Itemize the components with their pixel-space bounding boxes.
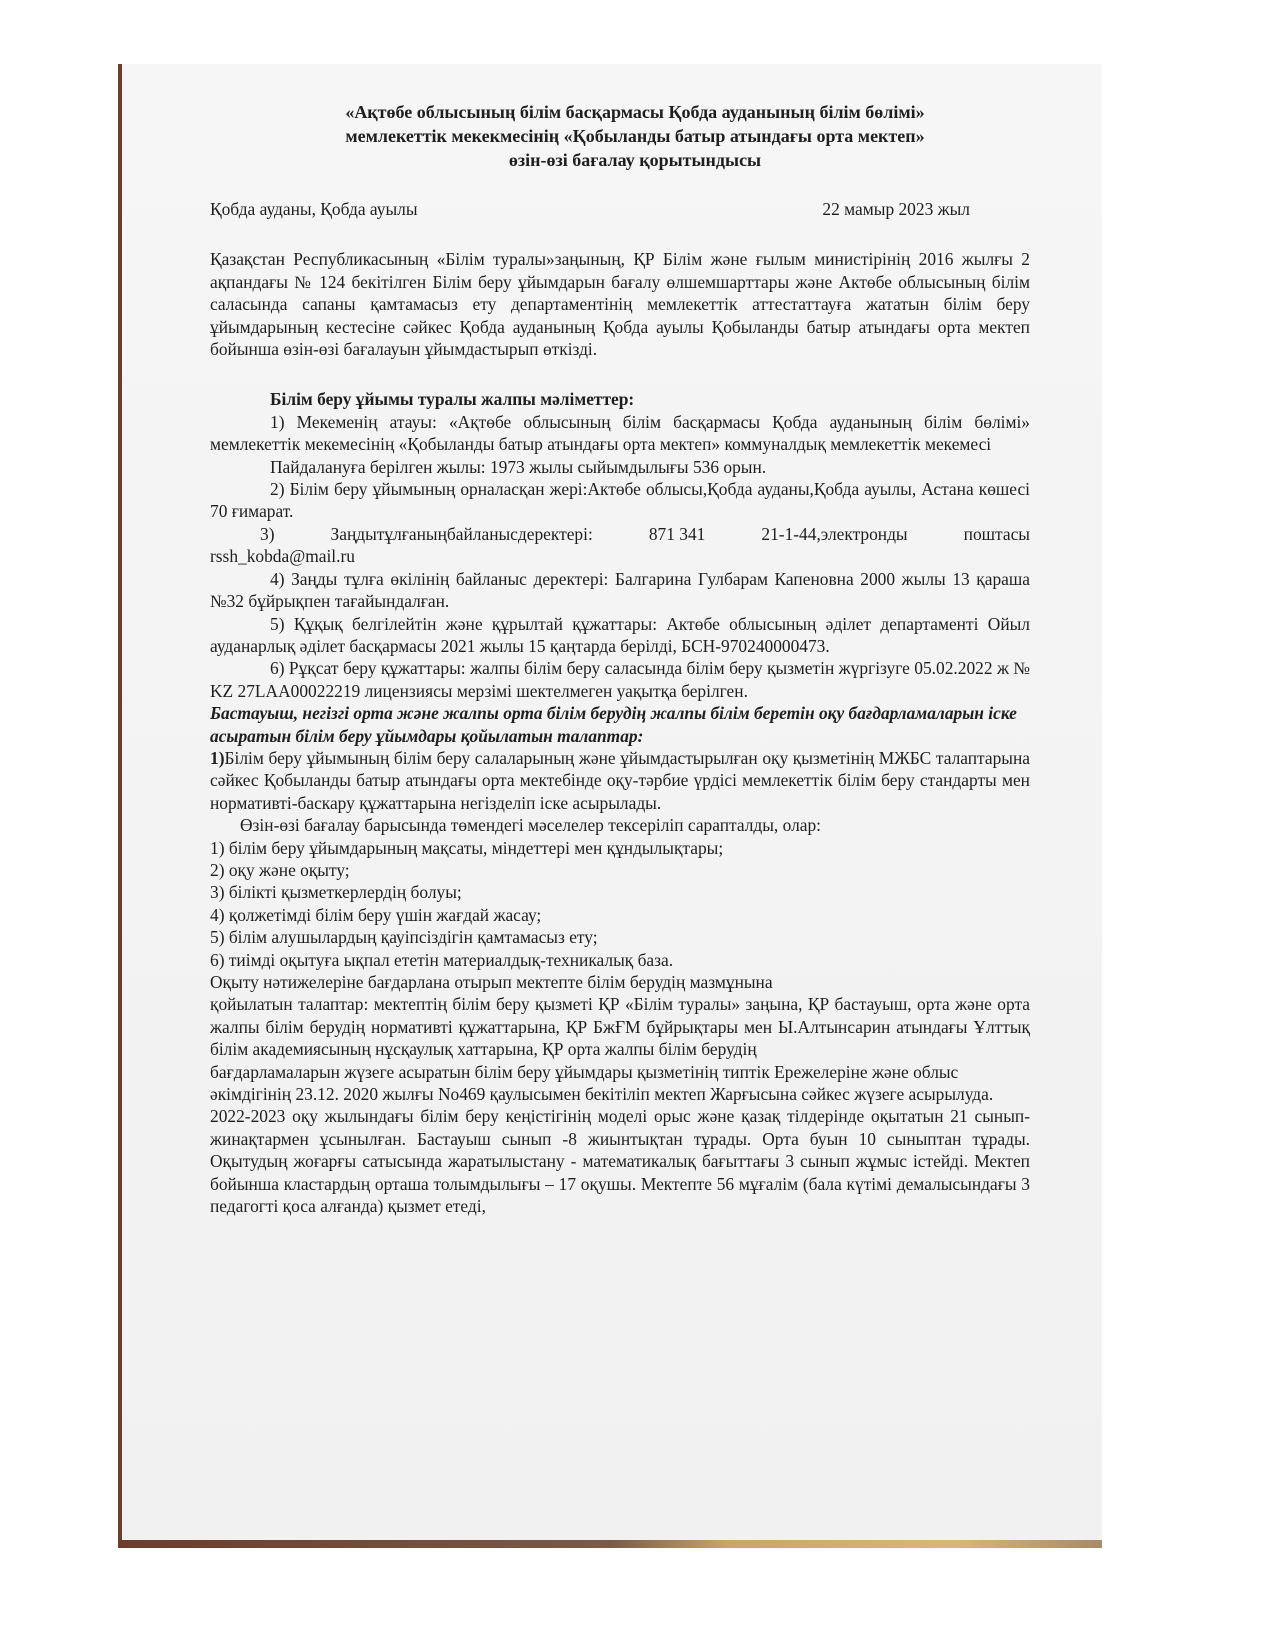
req-p1-number: 1) (210, 748, 225, 768)
date: 22 мамыр 2023 жыл (822, 198, 970, 220)
general-info-heading: Білім беру ұйымы туралы жалпы мәліметтер… (210, 388, 1030, 410)
info-item-3: 3) Заңдытұлғаныңбайланысдеректері: 871 3… (210, 523, 1030, 545)
review-item: 6) тиімді оқытуға ықпал ететін материалд… (210, 949, 1030, 971)
requirements-heading: Бастауыш, негізгі орта және жалпы орта б… (210, 702, 1030, 747)
review-item: 1) білім беру ұйымдарының мақсаты, мінде… (210, 837, 1030, 859)
req-p1-text: Білім беру ұйымының білім беру салаларын… (210, 748, 1030, 813)
title-line-3: өзін-өзі бағалау қорытындысы (210, 148, 1030, 172)
title-line-1: «Ақтөбе облысының білім басқармасы Қобда… (210, 100, 1030, 124)
title-line-2: мемлекеттік мекекмесінің «Қобыланды баты… (210, 124, 1030, 148)
item3-mail-label: поштасы (964, 523, 1030, 545)
requirements-paragraph-1: 1)Білім беру ұйымының білім беру салалар… (210, 747, 1030, 814)
scan-bottom-edge (118, 1540, 1102, 1548)
info-item-1: 1) Мекеменің атауы: «Ақтөбе облысының бі… (210, 411, 1030, 456)
place-date-row: Қобда ауданы, Қобда ауылы 22 мамыр 2023 … (210, 198, 1030, 220)
content-paragraph-2: бағдарламаларын жүзеге асыратын білім бе… (210, 1061, 1030, 1106)
school-email: rssh_kobda@mail.ru (210, 545, 1030, 567)
document-title: «Ақтөбе облысының білім басқармасы Қобда… (210, 100, 1030, 172)
document-body: «Ақтөбе облысының білім басқармасы Қобда… (210, 100, 1030, 1217)
content-line-1: Оқыту нәтижелеріне бағдарлана отырып мек… (210, 971, 1030, 993)
content-paragraph: қойылатын талаптар: мектептің білім беру… (210, 993, 1030, 1060)
review-item: 5) білім алушылардың қауіпсіздігін қамта… (210, 926, 1030, 948)
model-paragraph: 2022-2023 оқу жылындағы білім беру кеңіс… (210, 1105, 1030, 1217)
info-item-2: 2) Білім беру ұйымының орналасқан жері:А… (210, 478, 1030, 523)
review-intro: Өзін-өзі бағалау барысында төмендегі мәс… (210, 814, 1030, 836)
year-built: Пайдалануға берілген жылы: 1973 жылы сый… (210, 456, 1030, 478)
info-item-6: 6) Рұқсат беру құжаттары: жалпы білім бе… (210, 657, 1030, 702)
info-item-4: 4) Заңды тұлға өкілінің байланыс деректе… (210, 568, 1030, 613)
item3-label: Заңдытұлғаныңбайланысдеректері: (331, 523, 593, 545)
intro-paragraph: Қазақстан Республикасының «Білім туралы»… (210, 248, 1030, 360)
item3-phone: 21-1-44,электронды (761, 523, 907, 545)
item3-phone-code: 871 341 (649, 523, 706, 545)
info-item-5: 5) Құқық белгілейтін және құрылтай құжат… (210, 613, 1030, 658)
review-item: 4) қолжетімді білім беру үшін жағдай жас… (210, 904, 1030, 926)
review-list: 1) білім беру ұйымдарының мақсаты, мінде… (210, 837, 1030, 971)
review-item: 3) білікті қызметкерлердің болуы; (210, 881, 1030, 903)
review-item: 2) оқу және оқыту; (210, 859, 1030, 881)
item3-number: 3) (260, 523, 275, 545)
place: Қобда ауданы, Қобда ауылы (210, 198, 418, 220)
